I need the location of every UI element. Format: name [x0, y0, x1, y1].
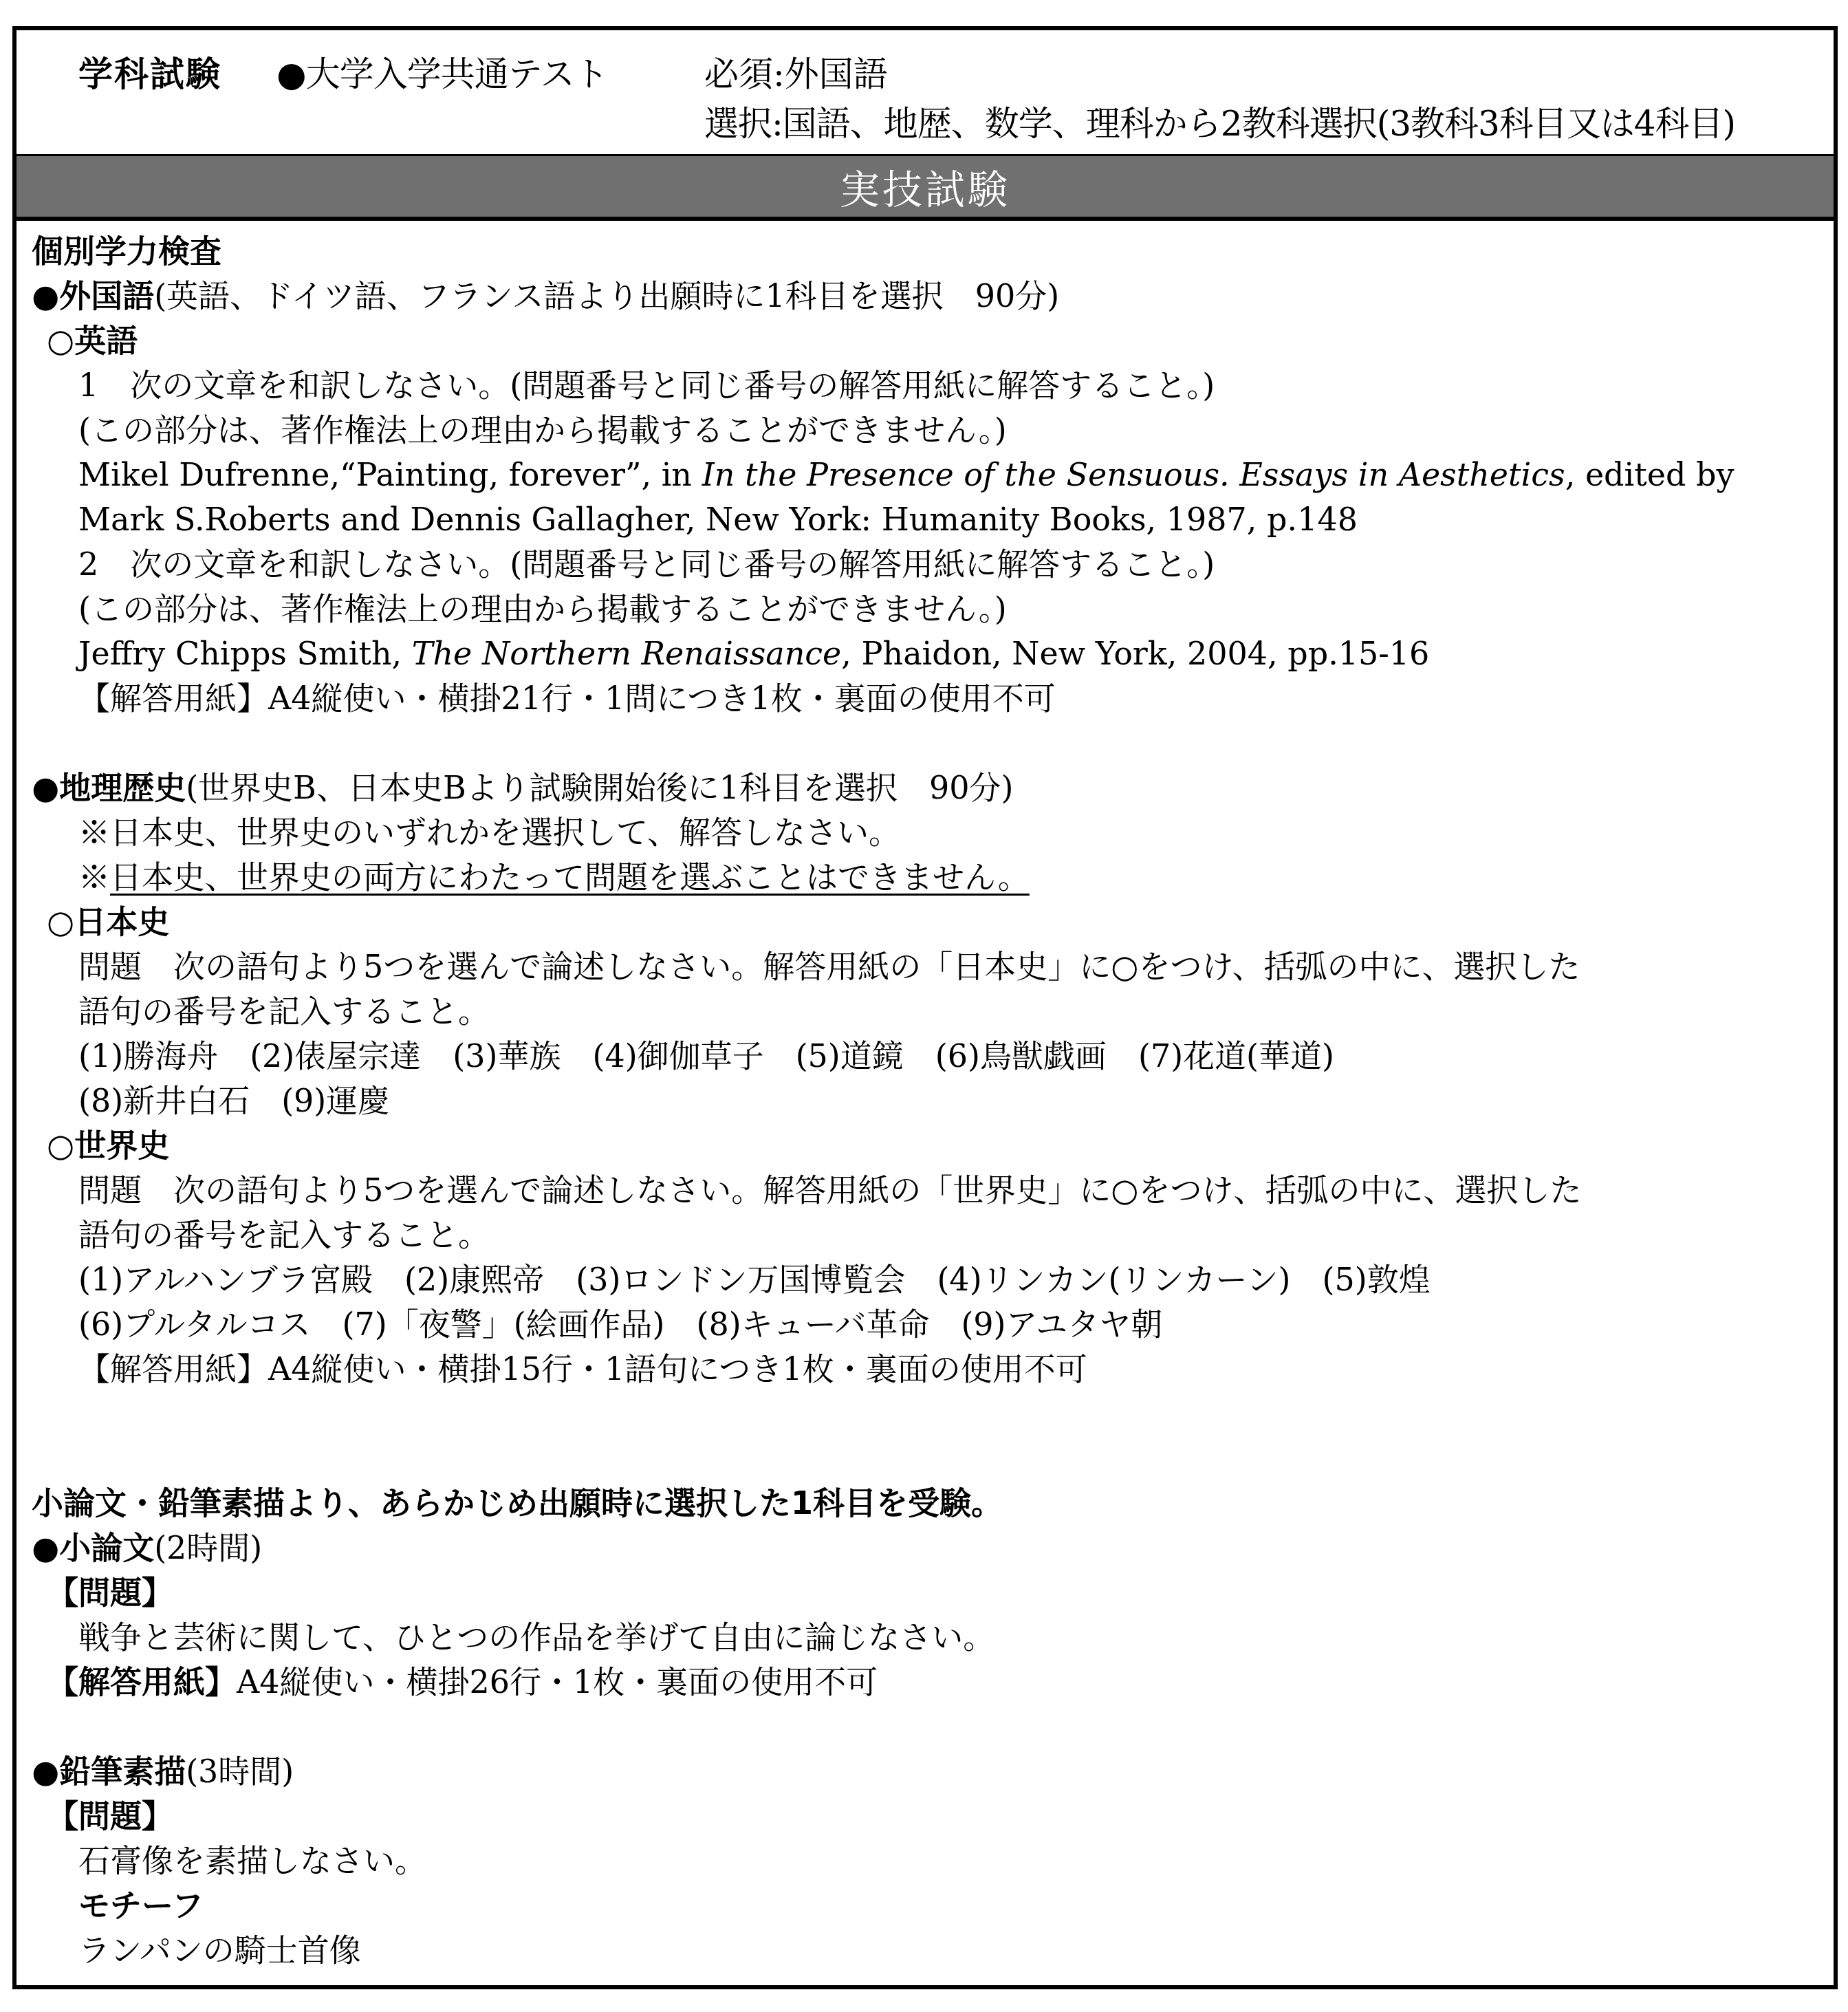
elective-subjects: 選択:国語、地歴、数学、理科から2教科選択(3教科3科目又は4科目)	[704, 96, 1735, 146]
drawing-duration: (3時間)	[186, 1753, 294, 1790]
foreign-language-title: 外国語	[59, 277, 154, 314]
common-test-label: 大学入学共通テスト	[306, 54, 608, 94]
geography-history-notice-2: ※日本史、世界史の両方にわたって問題を選ぶことはできません。	[32, 855, 1834, 900]
world-history-question-cont: 語句の番号を記入すること。	[32, 1213, 1834, 1257]
english-question-2: 2 次の文章を和訳しなさい。(問題番号と同じ番号の解答用紙に解答すること。)	[32, 542, 1834, 587]
citation-book-title: The Northern Renaissance	[412, 635, 842, 672]
spacer	[32, 1705, 1834, 1749]
reference-mark-icon: ※	[78, 858, 110, 896]
drawing-title: 鉛筆素描	[59, 1753, 186, 1790]
citation-author: Mikel Dufrenne,“Painting, forever”, in	[78, 456, 702, 493]
geography-history-note: (世界史B、日本史Bより試験開始後に1科目を選択 90分)	[186, 769, 1013, 806]
english-question-2-copyright: (この部分は、著作権法上の理由から掲載することができません。)	[32, 587, 1834, 631]
bullet-icon: ●	[32, 1529, 59, 1566]
required-subjects: 必須:外国語	[704, 47, 888, 96]
foreign-language-note: (英語、ドイツ語、フランス語より出願時に1科目を選択 90分)	[154, 277, 1059, 314]
geography-history-notice-1: ※日本史、世界史のいずれかを選択して、解答しなさい。	[32, 810, 1834, 855]
citation-editor-prefix: , edited by	[1565, 456, 1735, 493]
essay-problem: 戦争と芸術に関して、ひとつの作品を挙げて自由に論じなさい。	[32, 1615, 1834, 1660]
japanese-history-heading: ○日本史	[32, 900, 1834, 944]
citation-book-title: In the Presence of the Sensuous. Essays …	[702, 456, 1565, 493]
academic-exam-header: 学科試験 ●大学入学共通テスト 必須:外国語 選択:国語、地歴、数学、理科から2…	[17, 30, 1834, 156]
drawing-motif: ランパンの騎士首像	[32, 1928, 1834, 1973]
world-history-title: 世界史	[74, 1127, 169, 1164]
drawing-motif-label: モチーフ	[32, 1883, 1834, 1928]
individual-exam-title: 個別学力検査	[32, 229, 1834, 274]
exam-content: 個別学力検査 ●外国語(英語、ドイツ語、フランス語より出願時に1科目を選択 90…	[17, 221, 1834, 1985]
world-history-terms-2: (6)プルタルコス (7)「夜警」(絵画作品) (8)キューバ革命 (9)アユタ…	[32, 1302, 1834, 1347]
english-question-1-citation: Mikel Dufrenne,“Painting, forever”, in I…	[32, 453, 1834, 497]
geography-history-title: 地理歴史	[59, 769, 186, 806]
circle-icon: ○	[47, 1127, 74, 1164]
english-question-1-citation-cont: Mark S.Roberts and Dennis Gallagher, New…	[32, 497, 1834, 542]
practical-intro: 小論文・鉛筆素描より、あらかじめ出願時に選択した1科目を受験。	[32, 1481, 1834, 1526]
world-history-question: 問題 次の語句より5つを選んで論述しなさい。解答用紙の「世界史」に○をつけ、括弧…	[32, 1168, 1834, 1213]
drawing-problem-label: 【問題】	[32, 1794, 1834, 1839]
geography-history-heading: ●地理歴史(世界史B、日本史Bより試験開始後に1科目を選択 90分)	[32, 766, 1834, 810]
essay-duration: (2時間)	[154, 1529, 262, 1566]
world-history-answer-sheet: 【解答用紙】A4縦使い・横掛15行・1語句につき1枚・裏面の使用不可	[32, 1347, 1834, 1392]
circle-icon: ○	[47, 322, 74, 359]
world-history-terms-1: (1)アルハンブラ宮殿 (2)康熙帝 (3)ロンドン万国博覧会 (4)リンカン(…	[32, 1257, 1834, 1302]
answer-sheet-label: 【解答用紙】	[47, 1663, 237, 1700]
essay-problem-label: 【問題】	[32, 1570, 1834, 1615]
japanese-history-question: 問題 次の語句より5つを選んで論述しなさい。解答用紙の「日本史」に○をつけ、括弧…	[32, 944, 1834, 989]
japanese-history-question-cont: 語句の番号を記入すること。	[32, 989, 1834, 1034]
english-question-2-citation: Jeffry Chipps Smith, The Northern Renais…	[32, 631, 1834, 676]
spacer	[32, 721, 1834, 766]
bullet-icon: ●	[32, 277, 59, 314]
foreign-language-heading: ●外国語(英語、ドイツ語、フランス語より出願時に1科目を選択 90分)	[32, 274, 1834, 318]
exam-table: 学科試験 ●大学入学共通テスト 必須:外国語 選択:国語、地歴、数学、理科から2…	[12, 26, 1838, 1989]
japanese-history-terms-1: (1)勝海舟 (2)俵屋宗達 (3)華族 (4)御伽草子 (5)道鏡 (6)鳥獣…	[32, 1034, 1834, 1079]
english-question-1: 1 次の文章を和訳しなさい。(問題番号と同じ番号の解答用紙に解答すること。)	[32, 363, 1834, 408]
essay-answer-sheet: 【解答用紙】A4縦使い・横掛26行・1枚・裏面の使用不可	[32, 1660, 1834, 1705]
essay-title: 小論文	[59, 1529, 154, 1566]
world-history-heading: ○世界史	[32, 1123, 1834, 1168]
citation-publisher: , Phaidon, New York, 2004, pp.15-16	[841, 635, 1429, 672]
spacer	[32, 1392, 1834, 1481]
japanese-history-title: 日本史	[74, 903, 169, 940]
citation-author: Jeffry Chipps Smith,	[78, 635, 412, 672]
practical-exam-title: 実技試験	[840, 158, 1010, 215]
drawing-heading: ●鉛筆素描(3時間)	[32, 1749, 1834, 1794]
answer-sheet-spec: A4縦使い・横掛26行・1枚・裏面の使用不可	[237, 1663, 878, 1700]
drawing-problem: 石膏像を素描しなさい。	[32, 1839, 1834, 1883]
common-test-name: ●大学入学共通テスト	[276, 47, 608, 96]
circle-icon: ○	[47, 903, 74, 940]
bullet-icon: ●	[276, 54, 306, 94]
practical-exam-band: 実技試験	[17, 156, 1834, 221]
english-title: 英語	[74, 322, 138, 359]
japanese-history-terms-2: (8)新井白石 (9)運慶	[32, 1079, 1834, 1123]
english-question-1-copyright: (この部分は、著作権法上の理由から掲載することができません。)	[32, 408, 1834, 453]
academic-exam-label: 学科試験	[78, 47, 221, 96]
essay-heading: ●小論文(2時間)	[32, 1526, 1834, 1570]
notice-underlined: 日本史、世界史の両方にわたって問題を選ぶことはできません。	[110, 858, 1030, 896]
english-heading: ○英語	[32, 318, 1834, 363]
bullet-icon: ●	[32, 769, 59, 806]
english-answer-sheet: 【解答用紙】A4縦使い・横掛21行・1問につき1枚・裏面の使用不可	[32, 676, 1834, 721]
bullet-icon: ●	[32, 1753, 59, 1790]
